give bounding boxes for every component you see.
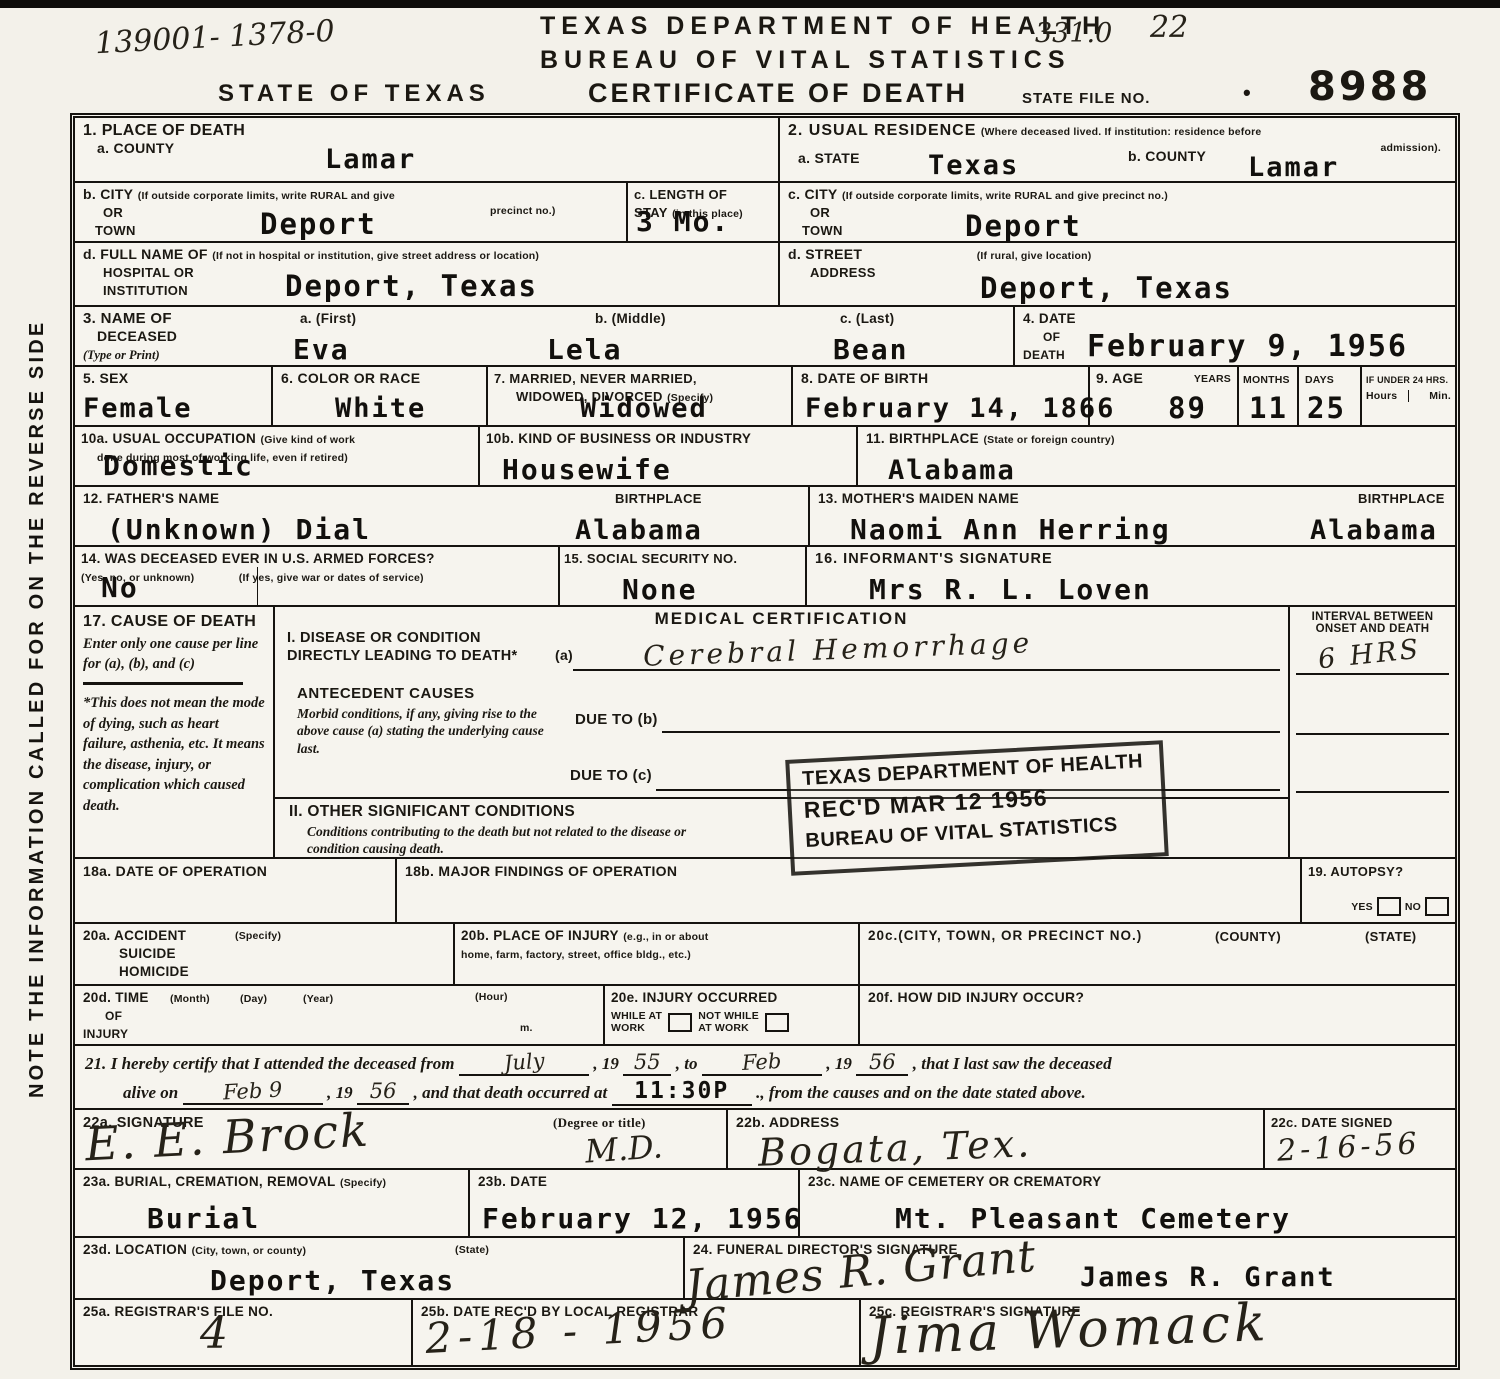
city-or: OR — [103, 205, 123, 220]
row-certify-statement: 21. I hereby certify that I attended the… — [75, 1046, 1455, 1110]
injury-how-label: 20f. HOW DID INJURY OCCUR? — [868, 989, 1084, 1005]
row-operation-autopsy: 18a. DATE OF OPERATION 18b. MAJOR FINDIN… — [75, 859, 1455, 924]
burial-date-label: 23b. DATE — [478, 1174, 547, 1189]
residence-county-label: b. COUNTY — [1128, 148, 1206, 164]
injury-occurred-label: 20e. INJURY OCCURRED — [611, 990, 778, 1005]
dob-value: February 14, 1866 — [805, 393, 1115, 424]
field-injury-how: 20f. HOW DID INJURY OCCUR? — [860, 986, 1455, 1044]
field-cemetery: 23c. NAME OF CEMETERY OR CREMATORY Mt. P… — [800, 1170, 1455, 1236]
certify-text-3: , that I last saw the deceased — [913, 1054, 1112, 1073]
registrar-signature-script: Jima Womack — [868, 1293, 1270, 1367]
cause-note-divider — [83, 682, 243, 685]
field-physician-signature: 22a. SIGNATURE (Degree or title) E. E. B… — [75, 1110, 728, 1168]
injury-kind-label: 20a. ACCIDENT — [83, 928, 186, 943]
injury-kind-label-2: SUICIDE — [119, 946, 176, 961]
certify-number: 21. — [85, 1054, 106, 1073]
street-label: d. STREET — [788, 246, 862, 262]
residence-city-note: (If outside corporate limits, write RURA… — [842, 190, 1168, 202]
informant-label: 16. INFORMANT'S SIGNATURE — [815, 551, 1053, 567]
hospital-label-3: INSTITUTION — [103, 283, 188, 298]
age-months-value: 11 — [1249, 391, 1288, 425]
field-informant: 16. INFORMANT'S SIGNATURE Mrs R. L. Love… — [807, 547, 1455, 605]
father-birthplace-value: Alabama — [575, 515, 703, 546]
field-cause-notes: 17. CAUSE OF DEATH Enter only one cause … — [75, 607, 275, 857]
certificate-title: CERTIFICATE OF DEATH — [588, 78, 968, 109]
mother-label: 13. MOTHER'S MAIDEN NAME — [818, 491, 1019, 506]
cause-a-tag: (a) — [555, 647, 573, 671]
burial-location-note: (City, town, or county) — [192, 1245, 307, 1257]
industry-value: Housewife — [502, 453, 672, 486]
agency-name-line2: BUREAU OF VITAL STATISTICS — [540, 46, 1071, 75]
certify-19-a: , 19 — [593, 1054, 619, 1073]
interval-label: INTERVAL BETWEEN — [1294, 611, 1451, 623]
field-date-signed: 22c. DATE SIGNED 2-16-56 — [1265, 1110, 1455, 1168]
forces-label: 14. WAS DECEASED EVER IN U.S. ARMED FORC… — [81, 551, 435, 566]
residence-note: (Where deceased lived. If institution: r… — [981, 126, 1262, 138]
burial-label: 23a. BURIAL, CREMATION, REMOVAL — [83, 1174, 336, 1189]
registrar-file-label: 25a. REGISTRAR'S FILE NO. — [83, 1304, 273, 1319]
cause-a-value: Cerebral Hemorrhage — [643, 626, 1034, 673]
race-value: White — [335, 393, 426, 424]
first-name-value: Eva — [293, 333, 350, 366]
county-label: a. COUNTY — [97, 140, 174, 156]
other-conditions-label: II. OTHER SIGNIFICANT CONDITIONS — [289, 803, 575, 821]
injury-place-label: 20b. PLACE OF INJURY — [461, 928, 619, 943]
scan-edge-bar — [0, 0, 1500, 8]
interval-line-a — [1296, 673, 1449, 675]
residence-city-town: TOWN — [802, 223, 843, 238]
certify-text-4: alive on — [123, 1083, 178, 1102]
injury-place-note: (e.g., in or about — [623, 931, 708, 943]
cause-a-line: Cerebral Hemorrhage — [573, 629, 1280, 671]
forces-divider — [257, 567, 258, 605]
burial-location-state-note: (State) — [455, 1244, 489, 1256]
name-title-note: (Type or Print) — [83, 348, 160, 362]
field-interval: INTERVAL BETWEEN ONSET AND DEATH 6 HRS — [1290, 607, 1455, 857]
age-years-value: 89 — [1168, 391, 1207, 425]
antecedent-note: Morbid conditions, if any, giving rise t… — [297, 705, 569, 757]
field-birthplace: 11. BIRTHPLACE (State or foreign country… — [858, 427, 1455, 485]
age-label: 9. AGE — [1096, 370, 1143, 386]
burial-value: Burial — [147, 1202, 260, 1235]
field-injury-place: 20b. PLACE OF INJURY (e.g., in or about … — [455, 924, 860, 984]
cause-title: 17. CAUSE OF DEATH — [83, 613, 256, 630]
residence-county-value: Lamar — [1248, 152, 1339, 183]
registrar-file-value: 4 — [200, 1308, 228, 1359]
field-residence-city: c. CITY (If outside corporate limits, wr… — [780, 183, 1455, 241]
field-armed-forces: 14. WAS DECEASED EVER IN U.S. ARMED FORC… — [75, 547, 560, 605]
while-at-work-label: WHILE AT — [611, 1010, 662, 1022]
middle-name-value: Lela — [547, 333, 622, 366]
birthplace-note: (State or foreign country) — [983, 434, 1114, 446]
injury-time-label-3: INJURY — [83, 1027, 128, 1041]
injury-county-label: (COUNTY) — [1215, 929, 1281, 944]
death-certificate-scan: NOTE THE INFORMATION CALLED FOR ON THE R… — [0, 0, 1500, 1379]
autopsy-yes-checkbox — [1377, 897, 1401, 916]
residence-city-value: Deport — [965, 209, 1082, 243]
row-injury-1: 20a. ACCIDENT (Specify) SUICIDE HOMICIDE… — [75, 924, 1455, 986]
field-burial-location: 23d. LOCATION (City, town, or county) (S… — [75, 1238, 685, 1298]
injury-hour-label: (Hour) — [475, 991, 508, 1003]
state-file-number: 8988 — [1308, 64, 1431, 110]
occupation-value: Domestic — [103, 449, 254, 482]
field-age-days: DAYS 25 — [1299, 367, 1362, 425]
field-injury-kind: 20a. ACCIDENT (Specify) SUICIDE HOMICIDE — [75, 924, 455, 984]
due-to-b-line — [662, 705, 1280, 733]
street-value: Deport, Texas — [980, 271, 1233, 305]
dod-label-3: DEATH — [1023, 348, 1065, 362]
reverse-side-note: NOTE THE INFORMATION CALLED FOR ON THE R… — [26, 320, 49, 1098]
certify-alive-year: 56 — [370, 1079, 397, 1103]
residence-state-label: a. STATE — [798, 150, 860, 166]
agency-name-line1: TEXAS DEPARTMENT OF HEALTH — [540, 12, 1106, 41]
field-place-of-death: 1. PLACE OF DEATH a. COUNTY Lamar — [75, 118, 780, 181]
not-while-at-work-checkbox — [765, 1013, 789, 1032]
row-name-dod: 3. NAME OF DECEASED (Type or Print) a. (… — [75, 307, 1455, 367]
state-file-no-label: STATE FILE NO. — [1022, 90, 1150, 107]
field-registrar-file-no: 25a. REGISTRAR'S FILE NO. 4 — [75, 1300, 413, 1365]
date-signed-value: 2-16-56 — [1276, 1126, 1421, 1168]
sex-label: 5. SEX — [83, 370, 128, 386]
cemetery-label: 23c. NAME OF CEMETERY OR CREMATORY — [808, 1174, 1102, 1189]
ssn-label: 15. SOCIAL SECURITY NO. — [564, 551, 737, 566]
cause-note-2: *This does not mean the mode of dying, s… — [83, 693, 265, 816]
race-label: 6. COLOR OR RACE — [281, 370, 420, 386]
operation-findings-label: 18b. MAJOR FINDINGS OF OPERATION — [405, 863, 677, 879]
forces-note-2: (If yes, give war or dates of service) — [239, 572, 424, 584]
certify-19-c: , 19 — [327, 1083, 353, 1102]
field-date-of-birth: 8. DATE OF BIRTH February 14, 1866 — [793, 367, 1090, 425]
row-injury-2: 20d. TIME OF INJURY (Month) (Day) (Year)… — [75, 986, 1455, 1046]
age-days-value: 25 — [1307, 391, 1346, 425]
field-race: 6. COLOR OR RACE White — [273, 367, 488, 425]
row-physician: 22a. SIGNATURE (Degree or title) E. E. B… — [75, 1110, 1455, 1170]
burial-location-label: 23d. LOCATION — [83, 1242, 187, 1257]
operation-date-label: 18a. DATE OF OPERATION — [83, 863, 267, 879]
residence-city-or: OR — [810, 205, 830, 220]
autopsy-no-checkbox — [1425, 897, 1449, 916]
name-title-2: DECEASED — [97, 328, 177, 344]
handwritten-code-2: 22 — [1150, 10, 1188, 45]
mother-birthplace-value: Alabama — [1310, 515, 1438, 546]
field-date-of-death: 4. DATE OF DEATH February 9, 1956 — [1015, 307, 1455, 365]
middle-name-label: b. (Middle) — [595, 311, 666, 326]
industry-label: 10b. KIND OF BUSINESS OR INDUSTRY — [486, 431, 751, 446]
row-city: b. CITY (If outside corporate limits, wr… — [75, 183, 1455, 243]
field-length-of-stay: c. LENGTH OF STAY (in this place) 3 Mo. — [628, 183, 780, 241]
mother-birthplace-label: BIRTHPLACE — [1358, 491, 1445, 506]
field-name-of-deceased: 3. NAME OF DECEASED (Type or Print) a. (… — [75, 307, 1015, 365]
marital-label: 7. MARRIED, NEVER MARRIED, — [494, 371, 697, 386]
row-cause-of-death: 17. CAUSE OF DEATH Enter only one cause … — [75, 607, 1455, 859]
field-occupation: 10a. USUAL OCCUPATION (Give kind of work… — [75, 427, 480, 485]
row-parents: 12. FATHER'S NAME BIRTHPLACE (Unknown) D… — [75, 487, 1455, 547]
last-name-label: c. (Last) — [840, 311, 894, 326]
physician-signature-script: E. E. Brock — [84, 1103, 371, 1172]
certify-text-6: ., from the causes and on the date state… — [756, 1083, 1086, 1102]
age-years-label: YEARS — [1194, 373, 1231, 385]
while-at-work-checkbox — [668, 1013, 692, 1032]
field-funeral-director: 24. FUNERAL DIRECTOR'S SIGNATURE James R… — [685, 1238, 1455, 1298]
cause-a-label: I. DISEASE OR CONDITION — [287, 630, 481, 646]
residence-note-2: admission). — [1380, 142, 1441, 154]
injury-time-label: 20d. TIME — [83, 990, 149, 1005]
dod-label-2: OF — [1043, 330, 1060, 344]
certify-text-2: , to — [676, 1054, 698, 1073]
hospital-label: d. FULL NAME OF — [83, 246, 208, 262]
injury-year-label: (Year) — [303, 993, 333, 1005]
autopsy-options: YES NO — [1351, 897, 1449, 916]
street-note: (If rural, give location) — [977, 250, 1092, 262]
injury-day-label: (Day) — [240, 993, 267, 1005]
interval-label-2: ONSET AND DEATH — [1294, 623, 1451, 635]
field-age-years: 9. AGE YEARS 89 — [1090, 367, 1239, 425]
city-note-2: precinct no.) — [490, 205, 556, 217]
row-hospital-street: d. FULL NAME OF (If not in hospital or i… — [75, 243, 1455, 307]
field-physician-address: 22b. ADDRESS Bogata, Tex. — [728, 1110, 1265, 1168]
not-while-at-work-label: NOT WHILE — [698, 1010, 759, 1022]
forces-value: No — [101, 571, 139, 604]
field-street-address: d. STREET (If rural, give location) ADDR… — [780, 243, 1455, 305]
certify-time-of-death: 11:30P — [634, 1078, 729, 1104]
received-stamp: TEXAS DEPARTMENT OF HEALTH REC'D MAR 12 … — [785, 740, 1169, 876]
county-value: Lamar — [325, 144, 416, 175]
injury-meridiem-label: m. — [520, 1022, 533, 1034]
certify-to-year: 56 — [869, 1050, 896, 1074]
field-ssn: 15. SOCIAL SECURITY NO. None — [560, 547, 807, 605]
place-of-death-title: 1. PLACE OF DEATH — [83, 122, 245, 139]
injury-city-label: 20c.(CITY, TOWN, OR PRECINCT NO.) — [868, 928, 1142, 943]
cause-line-a: I. DISEASE OR CONDITION DIRECTLY LEADING… — [287, 629, 1280, 671]
age-hours-label: Hours — [1366, 390, 1409, 402]
cause-note-1: Enter only one cause per line for (a), (… — [83, 635, 265, 674]
street-label-2: ADDRESS — [810, 265, 876, 280]
autopsy-yes-label: YES — [1351, 901, 1373, 913]
injury-kind-label-3: HOMICIDE — [119, 964, 189, 979]
medical-certification-title: MEDICAL CERTIFICATION — [275, 609, 1288, 629]
handwritten-code: 331.0 — [1035, 18, 1112, 49]
state-of-texas-label: STATE OF TEXAS — [218, 80, 490, 108]
injury-time-label-2: OF — [105, 1009, 122, 1023]
interval-value: 6 HRS — [1317, 634, 1423, 676]
stay-value: 3 Mo. — [636, 205, 730, 238]
handwritten-file-numbers: 139001- 1378-0 — [94, 14, 335, 62]
occupation-label: 10a. USUAL OCCUPATION — [81, 431, 256, 446]
first-name-label: a. (First) — [300, 311, 356, 326]
name-title: 3. NAME OF — [83, 310, 172, 327]
father-birthplace-label: BIRTHPLACE — [615, 491, 702, 506]
occupation-note: (Give kind of work — [261, 434, 356, 446]
field-registrar-date: 25b. DATE REC'D BY LOCAL REGISTRAR 2-18 … — [413, 1300, 861, 1365]
dod-label: 4. DATE — [1023, 311, 1076, 326]
certify-from-month: July — [503, 1049, 545, 1076]
informant-value: Mrs R. L. Loven — [869, 573, 1152, 606]
certify-19-b: , 19 — [826, 1054, 852, 1073]
file-no-dot: • — [1243, 80, 1251, 106]
residence-title: 2. USUAL RESIDENCE — [788, 122, 976, 139]
birthplace-value: Alabama — [888, 455, 1016, 486]
hospital-value: Deport, Texas — [285, 269, 538, 303]
field-industry: 10b. KIND OF BUSINESS OR INDUSTRY Housew… — [480, 427, 858, 485]
age-days-label: DAYS — [1305, 374, 1334, 386]
while-at-work-label-2: WORK — [611, 1022, 662, 1034]
not-while-at-work-label-2: AT WORK — [698, 1022, 759, 1034]
physician-degree-script: M.D. — [584, 1127, 664, 1170]
age-min-label: Min. — [1409, 390, 1451, 402]
row-occupation: 10a. USUAL OCCUPATION (Give kind of work… — [75, 427, 1455, 487]
field-hospital: d. FULL NAME OF (If not in hospital or i… — [75, 243, 780, 305]
field-usual-residence: 2. USUAL RESIDENCE (Where deceased lived… — [780, 118, 1455, 181]
residence-city-label: c. CITY — [788, 186, 838, 202]
field-marital-status: 7. MARRIED, NEVER MARRIED, WIDOWED, DIVO… — [488, 367, 793, 425]
city-label: b. CITY — [83, 186, 133, 202]
dob-label: 8. DATE OF BIRTH — [801, 370, 928, 386]
interval-line-c — [1296, 791, 1449, 793]
field-autopsy: 19. AUTOPSY? YES NO — [1302, 859, 1455, 922]
certify-to-month: Feb — [742, 1049, 782, 1075]
funeral-director-typed: James R. Grant — [1080, 1262, 1336, 1293]
injury-place-note-2: home, farm, factory, street, office bldg… — [461, 949, 691, 961]
cemetery-value: Mt. Pleasant Cemetery — [895, 1202, 1291, 1235]
field-injury-occurred: 20e. INJURY OCCURRED WHILE AT WORK NOT W… — [605, 986, 860, 1044]
city-town: TOWN — [95, 223, 136, 238]
physician-address-script: Bogata, Tex. — [757, 1121, 1033, 1175]
sex-value: Female — [83, 393, 193, 424]
field-burial-type: 23a. BURIAL, CREMATION, REMOVAL (Specify… — [75, 1170, 470, 1236]
burial-note: (Specify) — [340, 1177, 386, 1189]
last-name-value: Bean — [833, 333, 908, 366]
hospital-label-2: HOSPITAL OR — [103, 265, 194, 280]
field-father: 12. FATHER'S NAME BIRTHPLACE (Unknown) D… — [75, 487, 810, 545]
city-note: (If outside corporate limits, write RURA… — [138, 190, 395, 202]
interval-line-b — [1296, 733, 1449, 735]
autopsy-no-label: NO — [1405, 901, 1421, 913]
city-value: Deport — [260, 207, 377, 241]
due-to-b-label: DUE TO (b) — [575, 711, 658, 757]
field-city-of-death: b. CITY (If outside corporate limits, wr… — [75, 183, 628, 241]
father-label: 12. FATHER'S NAME — [83, 491, 219, 506]
field-age-under-24h: IF UNDER 24 HRS. Hours Min. — [1362, 367, 1455, 425]
injury-month-label: (Month) — [170, 993, 210, 1005]
burial-date-value: February 12, 1956 — [482, 1202, 803, 1235]
antecedent-label: ANTECEDENT CAUSES — [297, 685, 475, 702]
injury-state-label: (STATE) — [1365, 929, 1416, 944]
row-registrar: 25a. REGISTRAR'S FILE NO. 4 25b. DATE RE… — [75, 1300, 1455, 1365]
field-injury-city: 20c.(CITY, TOWN, OR PRECINCT NO.) (COUNT… — [860, 924, 1455, 984]
field-operation-date: 18a. DATE OF OPERATION — [75, 859, 397, 922]
other-conditions-note: Conditions contributing to the death but… — [307, 824, 737, 858]
age-months-label: MONTHS — [1243, 374, 1290, 386]
field-injury-time: 20d. TIME OF INJURY (Month) (Day) (Year)… — [75, 986, 605, 1044]
birthplace-label: 11. BIRTHPLACE — [866, 431, 979, 446]
due-to-c-label: DUE TO (c) — [570, 767, 652, 791]
row-funeral-director: 23d. LOCATION (City, town, or county) (S… — [75, 1238, 1455, 1300]
field-age-months: MONTHS 11 — [1239, 367, 1299, 425]
hospital-note: (If not in hospital or institution, give… — [212, 250, 539, 262]
field-sex: 5. SEX Female — [75, 367, 273, 425]
cause-a-label-2: DIRECTLY LEADING TO DEATH* — [287, 648, 517, 664]
row-forces-ssn-informant: 14. WAS DECEASED EVER IN U.S. ARMED FORC… — [75, 547, 1455, 607]
certificate-form: 1. PLACE OF DEATH a. COUNTY Lamar 2. USU… — [70, 113, 1460, 1370]
row-demographics: 5. SEX Female 6. COLOR OR RACE White 7. … — [75, 367, 1455, 427]
field-mother: 13. MOTHER'S MAIDEN NAME BIRTHPLACE Naom… — [810, 487, 1455, 545]
certify-alive-date: Feb 9 — [222, 1077, 283, 1104]
row-place-residence: 1. PLACE OF DEATH a. COUNTY Lamar 2. USU… — [75, 118, 1455, 183]
certify-from-year: 55 — [634, 1050, 661, 1074]
ssn-value: None — [622, 573, 697, 606]
field-burial-date: 23b. DATE February 12, 1956 — [470, 1170, 800, 1236]
residence-state-value: Texas — [928, 150, 1019, 181]
age-under-label: IF UNDER 24 HRS. — [1366, 375, 1448, 385]
stay-label: c. LENGTH OF — [634, 187, 727, 202]
certify-text-1: I hereby certify that I attended the dec… — [111, 1054, 455, 1073]
burial-location-value: Deport, Texas — [210, 1264, 455, 1297]
injury-kind-note: (Specify) — [235, 930, 281, 942]
father-value: (Unknown) Dial — [107, 513, 371, 546]
marital-value: Widowed — [580, 393, 708, 424]
certify-text-5: , and that death occurred at — [414, 1083, 608, 1102]
row-burial: 23a. BURIAL, CREMATION, REMOVAL (Specify… — [75, 1170, 1455, 1238]
dod-value: February 9, 1956 — [1087, 329, 1408, 364]
field-registrar-signature: 25c. REGISTRAR'S SIGNATURE Jima Womack — [861, 1300, 1455, 1365]
autopsy-label: 19. AUTOPSY? — [1308, 864, 1403, 879]
mother-value: Naomi Ann Herring — [850, 513, 1171, 546]
